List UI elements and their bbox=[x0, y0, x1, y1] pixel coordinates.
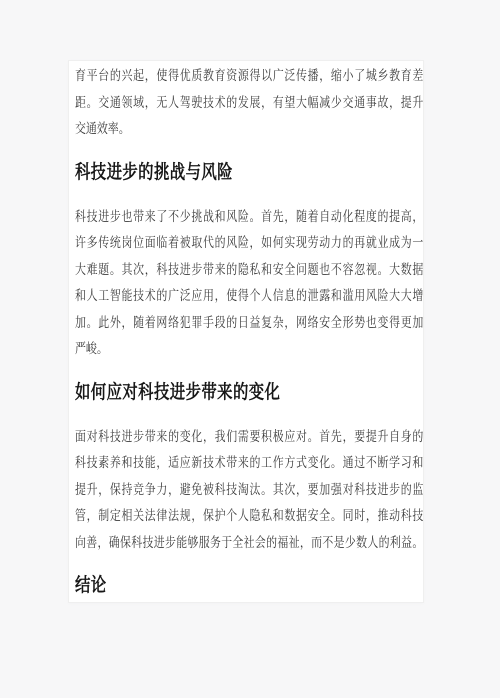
document-page: 育平台的兴起，使得优质教育资源得以广泛传播，缩小了城乡教育差距。交通领域，无人驾… bbox=[68, 60, 424, 603]
text-line: 育平台的兴起，使得优质教育资源得以广泛传播，缩小了城乡教育差 bbox=[75, 63, 423, 90]
text-line: 管，制定相关法律法规，保护个人隐私和数据安全。同时，推动科技 bbox=[75, 503, 423, 530]
section-heading: 如何应对科技进步带来的变化 bbox=[75, 379, 423, 407]
paragraph: 育平台的兴起，使得优质教育资源得以广泛传播，缩小了城乡教育差距。交通领域，无人驾… bbox=[75, 63, 423, 143]
text-line: 科技进步也带来了不少挑战和风险。首先，随着自动化程度的提高， bbox=[75, 204, 423, 231]
section-heading: 结论 bbox=[75, 572, 423, 600]
text-line: 大难题。其次，科技进步带来的隐私和安全问题也不容忽视。大数据 bbox=[75, 257, 423, 284]
text-line: 和人工智能技术的广泛应用，使得个人信息的泄露和滥用风险大大增 bbox=[75, 283, 423, 310]
text-line: 交通效率。 bbox=[75, 116, 423, 143]
paragraph: 科技进步也带来了不少挑战和风险。首先，随着自动化程度的提高，许多传统岗位面临着被… bbox=[75, 204, 423, 363]
document-content: 育平台的兴起，使得优质教育资源得以广泛传播，缩小了城乡教育差距。交通领域，无人驾… bbox=[75, 61, 423, 617]
document-canvas: 育平台的兴起，使得优质教育资源得以广泛传播，缩小了城乡教育差距。交通领域，无人驾… bbox=[0, 0, 500, 698]
text-line: 向善，确保科技进步能够服务于全社会的福祉，而不是少数人的利益。 bbox=[75, 530, 423, 557]
text-line: 距。交通领域，无人驾驶技术的发展，有望大幅减少交通事故，提升 bbox=[75, 90, 423, 117]
paragraph: 面对科技进步带来的变化，我们需要积极应对。首先，要提升自身的科技素养和技能，适应… bbox=[75, 424, 423, 557]
text-line: 加。此外，随着网络犯罪手段的日益复杂，网络安全形势也变得更加 bbox=[75, 310, 423, 337]
text-line: 许多传统岗位面临着被取代的风险，如何实现劳动力的再就业成为一 bbox=[75, 230, 423, 257]
text-line: 提升，保持竞争力，避免被科技淘汰。其次，要加强对科技进步的监 bbox=[75, 477, 423, 504]
section-heading: 科技进步的挑战与风险 bbox=[75, 159, 423, 187]
text-line: 科技素养和技能，适应新技术带来的工作方式变化。通过不断学习和 bbox=[75, 450, 423, 477]
text-line: 严峻。 bbox=[75, 336, 423, 363]
text-line: 面对科技进步带来的变化，我们需要积极应对。首先，要提升自身的 bbox=[75, 424, 423, 451]
